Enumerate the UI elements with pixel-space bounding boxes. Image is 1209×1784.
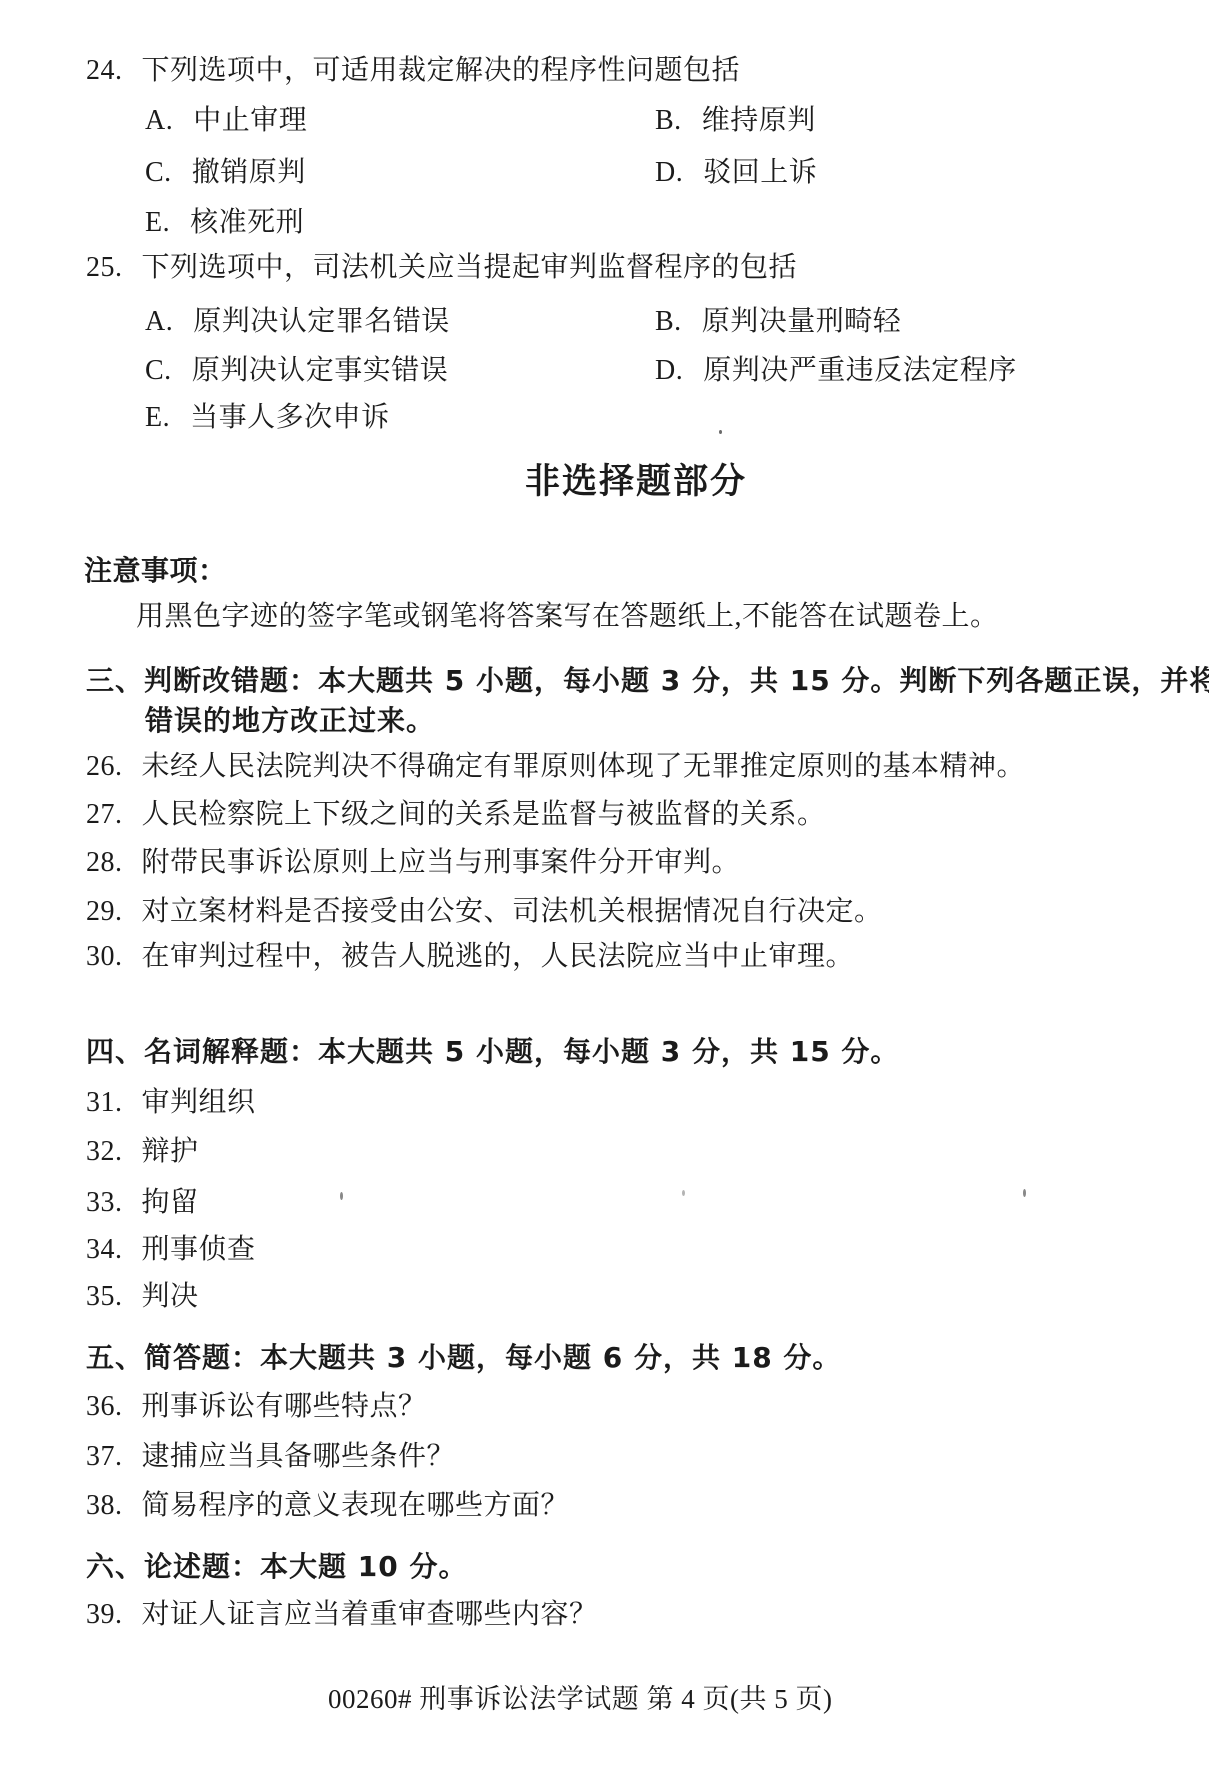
option-label: A. <box>145 104 173 138</box>
option-text: 原判决认定罪名错误 <box>193 305 450 339</box>
question-25-number: 25. <box>86 251 123 285</box>
section-title: 非选择题部分 <box>525 461 747 503</box>
item-39: 39. 对证人证言应当着重审查哪些内容？ <box>86 1598 598 1632</box>
section-4-heading: 四、名词解释题：本大题共 5 小题，每小题 3 分，共 15 分。 <box>86 1035 899 1069</box>
question-24-option-c: C. 撤销原判 <box>145 156 306 190</box>
option-label: C. <box>145 156 172 190</box>
question-24-option-b: B. 维持原判 <box>655 104 816 138</box>
option-label: E. <box>145 206 170 240</box>
option-text: 原判决量刑畸轻 <box>702 305 902 339</box>
option-text: 原判决严重违反法定程序 <box>703 354 1017 388</box>
item-30: 30. 在审判过程中，被告人脱逃的，人民法院应当中止审理。 <box>86 940 854 974</box>
option-label: B. <box>655 305 682 339</box>
question-25-text: 下列选项中，司法机关应当提起审判监督程序的包括 <box>142 251 798 285</box>
option-text: 撤销原判 <box>192 156 306 190</box>
exam-paper-page: 24. 下列选项中，可适用裁定解决的程序性问题包括 A. 中止审理 B. 维持原… <box>0 0 1209 1784</box>
option-label: B. <box>655 104 682 138</box>
notice-text: 用黑色字迹的签字笔或钢笔将答案写在答题纸上,不能答在试题卷上。 <box>136 600 999 634</box>
item-33: 33. 拘留 <box>86 1186 199 1220</box>
item-31: 31. 审判组织 <box>86 1086 256 1120</box>
question-25-option-d: D. 原判决严重违反法定程序 <box>655 354 1017 388</box>
section-6-heading: 六、论述题：本大题 10 分。 <box>86 1550 467 1584</box>
option-text: 原判决认定事实错误 <box>192 354 449 388</box>
section-5-heading: 五、简答题：本大题共 3 小题，每小题 6 分，共 18 分。 <box>86 1341 841 1375</box>
question-24-option-a: A. 中止审理 <box>145 104 307 138</box>
item-37: 37. 逮捕应当具备哪些条件？ <box>86 1440 455 1474</box>
scan-speck <box>340 1192 343 1200</box>
option-text: 核准死刑 <box>190 206 304 240</box>
item-36: 36. 刑事诉讼有哪些特点？ <box>86 1390 427 1424</box>
option-label: D. <box>655 156 683 190</box>
question-24-text: 下列选项中，可适用裁定解决的程序性问题包括 <box>142 54 741 88</box>
item-34: 34. 刑事侦查 <box>86 1233 256 1267</box>
option-text: 驳回上诉 <box>703 156 817 190</box>
question-25-option-e: E. 当事人多次申诉 <box>145 401 390 435</box>
question-24-option-e: E. 核准死刑 <box>145 206 304 240</box>
section-3-heading: 三、判断改错题：本大题共 5 小题，每小题 3 分，共 15 分。判断下列各题正… <box>86 664 1209 698</box>
scan-speck <box>682 1190 685 1196</box>
item-35: 35. 判决 <box>86 1280 199 1314</box>
question-25-option-a: A. 原判决认定罪名错误 <box>145 305 450 339</box>
question-24-option-d: D. 驳回上诉 <box>655 156 817 190</box>
item-28: 28. 附带民事诉讼原则上应当与刑事案件分开审判。 <box>86 846 740 880</box>
question-24: 24. 下列选项中，可适用裁定解决的程序性问题包括 <box>86 54 740 88</box>
question-25-option-b: B. 原判决量刑畸轻 <box>655 305 901 339</box>
section-3-heading-wrap: 错误的地方改正过来。 <box>145 704 435 738</box>
item-27: 27. 人民检察院上下级之间的关系是监督与被监督的关系。 <box>86 798 826 832</box>
scan-speck <box>1023 1189 1026 1197</box>
question-25-option-c: C. 原判决认定事实错误 <box>145 354 448 388</box>
option-label: E. <box>145 401 170 435</box>
option-label: A. <box>145 305 173 339</box>
item-38: 38. 简易程序的意义表现在哪些方面？ <box>86 1489 569 1523</box>
option-text: 中止审理 <box>193 104 307 138</box>
question-25: 25. 下列选项中，司法机关应当提起审判监督程序的包括 <box>86 251 797 285</box>
option-text: 维持原判 <box>702 104 816 138</box>
item-29: 29. 对立案材料是否接受由公安、司法机关根据情况自行决定。 <box>86 895 883 929</box>
option-text: 当事人多次申诉 <box>190 401 390 435</box>
option-label: D. <box>655 354 683 388</box>
page-footer: 00260# 刑事诉讼法学试题 第 4 页(共 5 页) <box>328 1683 832 1715</box>
item-26: 26. 未经人民法院判决不得确定有罪原则体现了无罪推定原则的基本精神。 <box>86 750 1025 784</box>
question-24-number: 24. <box>86 54 123 88</box>
item-32: 32. 辩护 <box>86 1135 199 1169</box>
scan-speck <box>719 430 722 434</box>
notice-label: 注意事项： <box>84 554 227 588</box>
option-label: C. <box>145 354 172 388</box>
